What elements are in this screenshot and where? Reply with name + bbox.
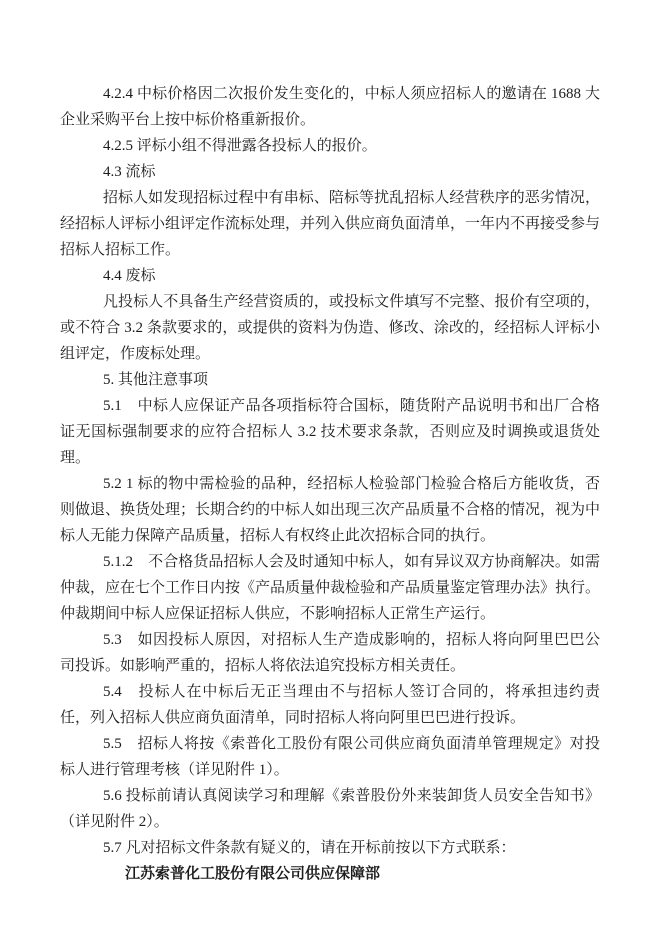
paragraph-11: 5.4 投标人在中标后无正当理由不与招标人签订合同的，将承担违约责任，列入招标人… xyxy=(60,679,600,731)
paragraph-10: 5.3 如因投标人原因，对招标人生产造成影响的，招标人将向阿里巴巴公司投诉。如影… xyxy=(60,627,600,679)
paragraph-12: 5.5 招标人将按《索普化工股份有限公司供应商负面清单管理规定》对投标人进行管理… xyxy=(60,731,600,783)
paragraph-6: 5. 其他注意事项 xyxy=(60,367,600,393)
paragraph-14: 5.7 凡对招标文件条款有疑义的，请在开标前按以下方式联系： xyxy=(60,835,600,861)
paragraph-0: 4.2.4 中标价格因二次报价发生变化的，中标人须应招标人的邀请在 1688 大… xyxy=(60,81,600,133)
paragraph-1: 4.2.5 评标小组不得泄露各投标人的报价。 xyxy=(60,133,600,159)
paragraph-13: 5.6 投标前请认真阅读学习和理解《索普股份外来装卸货人员安全告知书》（详见附件… xyxy=(60,783,600,835)
paragraph-7: 5.1 中标人应保证产品各项指标符合国标，随货附产品说明书和出厂合格证无国标强制… xyxy=(60,393,600,471)
paragraph-5: 凡投标人不具备生产经营资质的，或投标文件填写不完整、报价有空项的，或不符合 3.… xyxy=(60,289,600,367)
document-content: 4.2.4 中标价格因二次报价发生变化的，中标人须应招标人的邀请在 1688 大… xyxy=(60,81,600,887)
paragraph-8: 5.2 1 标的物中需检验的品种，经招标人检验部门检验合格后方能收货，否则做退、… xyxy=(60,471,600,549)
paragraph-2: 4.3 流标 xyxy=(60,159,600,185)
document-page: 4.2.4 中标价格因二次报价发生变化的，中标人须应招标人的邀请在 1688 大… xyxy=(0,0,662,936)
signature-line: 江苏索普化工股份有限公司供应保障部 xyxy=(60,861,600,887)
paragraph-3: 招标人如发现招标过程中有串标、陪标等扰乱招标人经营秩序的恶劣情况，经招标人评标小… xyxy=(60,185,600,263)
paragraph-9: 5.1.2 不合格货品招标人会及时通知中标人，如有异议双方协商解决。如需仲裁，应… xyxy=(60,549,600,627)
paragraph-4: 4.4 废标 xyxy=(60,263,600,289)
